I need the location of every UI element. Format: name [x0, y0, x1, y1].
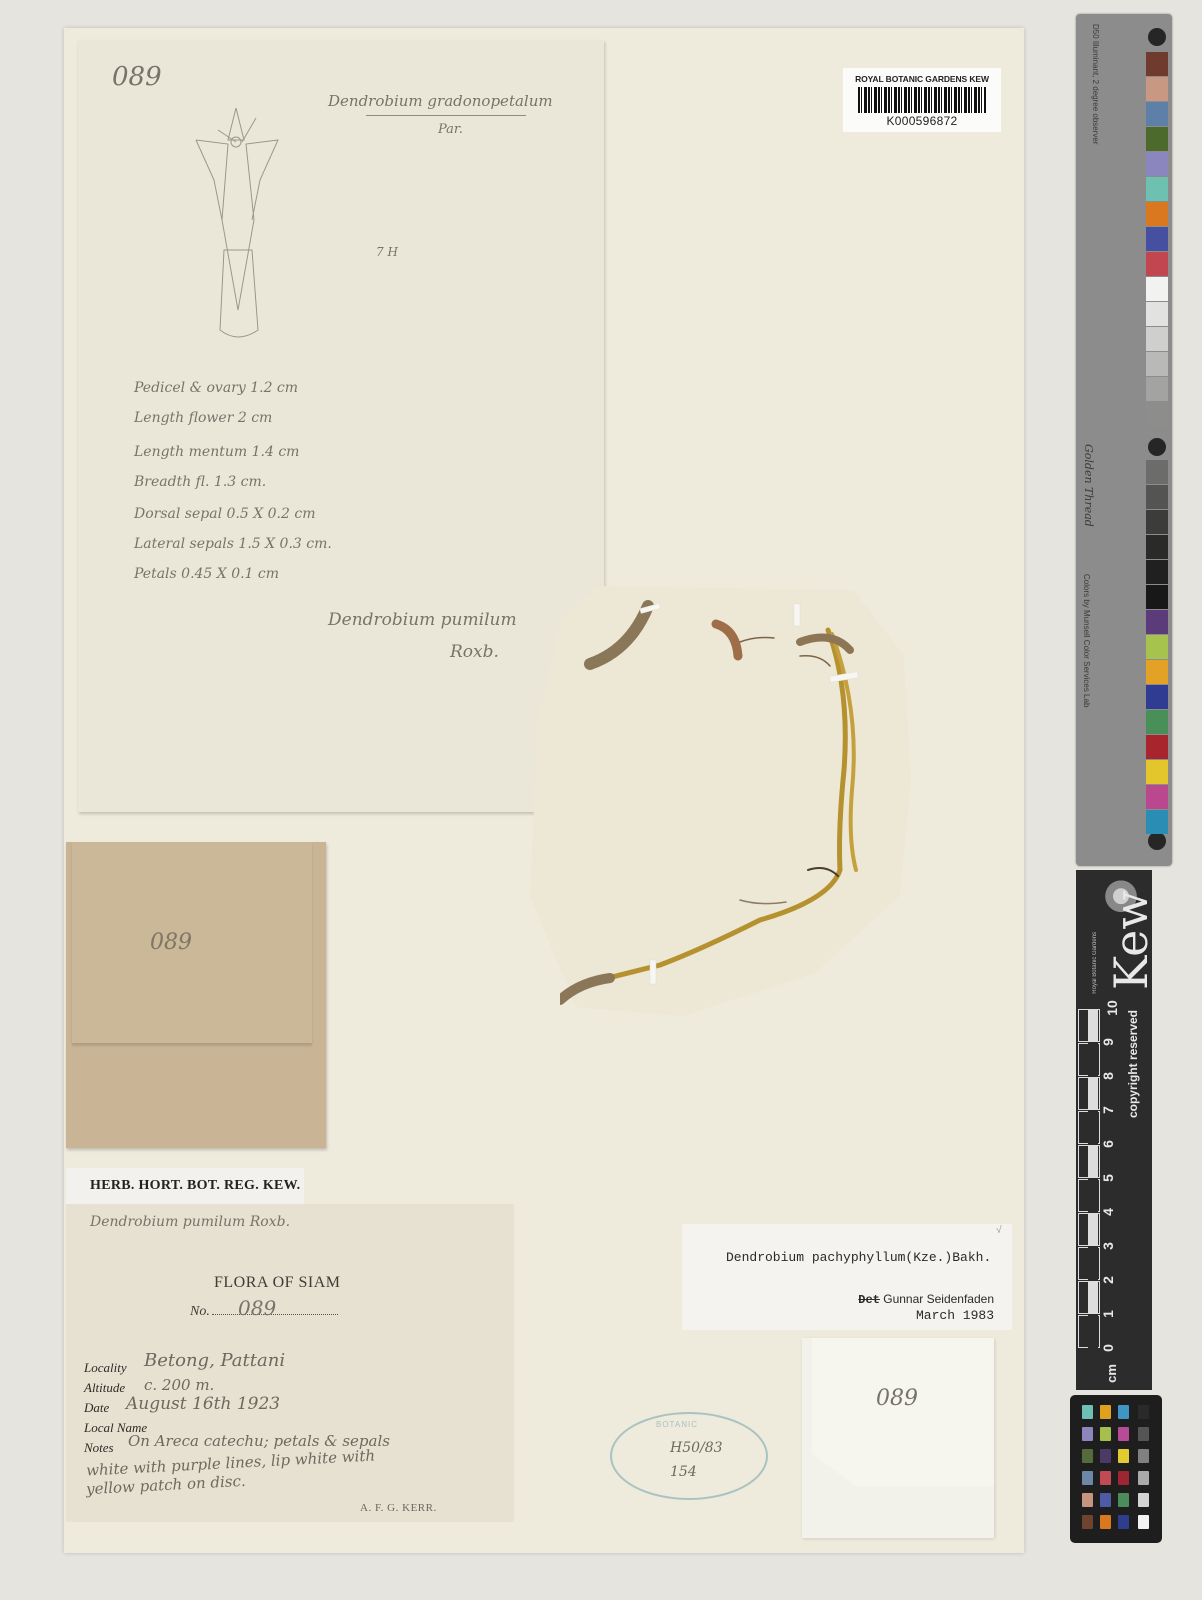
copyright-notice: copyright reserved: [1126, 1010, 1140, 1118]
color-swatch: [1146, 202, 1168, 226]
checker-patch: [1082, 1427, 1093, 1441]
color-swatch: [1146, 635, 1168, 659]
scale-segment-fill: [1088, 1281, 1098, 1314]
field-label-locality: Locality: [84, 1360, 127, 1376]
scale-segment-fill: [1088, 1145, 1098, 1178]
checker-patch: [1082, 1449, 1093, 1463]
bottom-determination-author: Roxb.: [450, 642, 499, 662]
color-swatch: [1146, 685, 1168, 709]
scale-tick-label: 10: [1104, 1000, 1120, 1016]
scale-note: 7 H: [376, 245, 398, 259]
determination-underline: [366, 115, 526, 116]
checker-grey-patch: [1138, 1405, 1149, 1419]
checker-patch: [1100, 1515, 1111, 1529]
field-label-altitude: Altitude: [84, 1380, 125, 1396]
color-swatch: [1146, 810, 1168, 834]
fragment-packet: 089: [802, 1338, 994, 1538]
color-swatch: [1146, 460, 1168, 484]
scale-unit: cm: [1104, 1364, 1119, 1383]
checker-grey-patch: [1138, 1493, 1149, 1507]
color-swatch: [1146, 610, 1168, 634]
field-value-altitude: c. 200 m.: [144, 1376, 214, 1394]
checker-patch: [1082, 1471, 1093, 1485]
checker-patch: [1118, 1493, 1129, 1507]
barcode: [858, 87, 986, 113]
color-swatch: [1146, 352, 1168, 376]
bottom-determination: Dendrobium pumilum: [328, 610, 517, 630]
measurement-line: Dorsal sepal 0.5 X 0.2 cm: [134, 506, 315, 522]
color-swatch: [1146, 402, 1168, 426]
color-swatch: [1146, 227, 1168, 251]
measurement-line: Petals 0.45 X 0.1 cm: [134, 566, 279, 582]
scale-segment-fill: [1088, 1315, 1098, 1348]
scale-segment-fill: [1088, 1179, 1098, 1212]
color-swatch: [1146, 52, 1168, 76]
envelope-flap: 089: [72, 842, 312, 1044]
color-swatch: [1146, 660, 1168, 684]
scale-tick-label: 0: [1100, 1344, 1116, 1352]
checker-patch: [1100, 1405, 1111, 1419]
checker-patch: [1100, 1427, 1111, 1441]
checker-patch: [1100, 1493, 1111, 1507]
checker-patch: [1100, 1449, 1111, 1463]
flower-sketch-icon: [178, 100, 298, 340]
check-mark-icon: √: [996, 1226, 1002, 1237]
determiner-name: Gunnar Seidenfaden: [883, 1292, 994, 1306]
color-swatch: [1146, 102, 1168, 126]
color-checker-card: [1070, 1395, 1162, 1543]
scale-segment-fill: [1088, 1009, 1098, 1042]
seed-envelope: 089: [66, 842, 326, 1148]
measurement-line: Length mentum 1.4 cm: [134, 444, 299, 460]
color-swatch: [1146, 252, 1168, 276]
packet-number: 089: [876, 1386, 918, 1411]
checker-patch: [1118, 1405, 1129, 1419]
color-swatch: [1146, 535, 1168, 559]
color-swatch: [1146, 735, 1168, 759]
scale-segment-fill: [1088, 1247, 1098, 1280]
scale-tick-label: 2: [1100, 1276, 1116, 1284]
color-swatch: [1146, 302, 1168, 326]
scale-segment-fill: [1088, 1111, 1098, 1144]
scale-segment-fill: [1088, 1043, 1098, 1076]
barcode-id: K000596872: [843, 114, 1001, 128]
color-swatch: [1146, 327, 1168, 351]
color-swatch: [1146, 177, 1168, 201]
determination-name: Dendrobium pachyphyllum(Kze.)Bakh.: [726, 1250, 991, 1265]
field-label-date: Date: [84, 1400, 109, 1416]
determination-date: March 1983: [916, 1308, 994, 1323]
notes-number: 089: [112, 62, 162, 92]
top-determination: Dendrobium gradonopetalum: [328, 92, 553, 110]
checker-patch: [1082, 1493, 1093, 1507]
stamp-number: H50/83: [670, 1440, 723, 1456]
color-swatch: [1146, 77, 1168, 101]
checker-patch: [1118, 1427, 1129, 1441]
chart-hole-icon: [1148, 28, 1166, 46]
checker-patch: [1118, 1471, 1129, 1485]
measurement-line: Length flower 2 cm: [134, 410, 272, 426]
flora-of-siam-label: Dendrobium pumilum Roxb. FLORA OF SIAM N…: [66, 1204, 514, 1522]
scale-tick-label: 4: [1100, 1208, 1116, 1216]
checker-patch: [1082, 1405, 1093, 1419]
checker-patch: [1118, 1449, 1129, 1463]
checker-grey-patch: [1138, 1471, 1149, 1485]
checker-grey-patch: [1138, 1427, 1149, 1441]
color-swatch: [1146, 785, 1168, 809]
label-number-prefix: No.: [190, 1304, 210, 1319]
color-calibration-chart: D50 Illuminant, 2 degree observer Golden…: [1076, 14, 1172, 866]
checker-grey-patch: [1138, 1449, 1149, 1463]
determiner: Det Gunnar Seidenfaden: [858, 1292, 994, 1307]
stamp-text: BOTANIC: [656, 1420, 698, 1429]
measurement-line: Pedicel & ovary 1.2 cm: [134, 380, 298, 396]
field-label-notes: Notes: [84, 1440, 114, 1456]
institution-name: ROYAL BOTANIC GARDENS KEW: [843, 74, 1001, 84]
measurement-line: Lateral sepals 1.5 X 0.3 cm.: [134, 536, 332, 552]
field-value-locality: Betong, Pattani: [144, 1350, 285, 1371]
det-struck: Det: [858, 1293, 880, 1307]
checker-patch: [1082, 1515, 1093, 1529]
label-number: No. 089: [190, 1304, 338, 1320]
field-value-date: August 16th 1923: [126, 1394, 280, 1414]
color-swatch: [1146, 377, 1168, 401]
scale-tick-label: 3: [1100, 1242, 1116, 1250]
color-swatch: [1146, 585, 1168, 609]
scale-tick-label: 6: [1100, 1140, 1116, 1148]
color-swatch: [1146, 277, 1168, 301]
chart-brand: Golden Thread: [1082, 444, 1095, 527]
label-title: FLORA OF SIAM: [214, 1274, 341, 1292]
scale-tick-label: 1: [1100, 1310, 1116, 1318]
scale-tick-label: 7: [1100, 1106, 1116, 1114]
herbarium-stamp: BOTANIC H50/83 154: [610, 1412, 768, 1500]
envelope-number: 089: [150, 930, 192, 955]
dried-orchid-specimen: [560, 570, 920, 1010]
chart-hole-icon: [1148, 832, 1166, 850]
label-determination: Dendrobium pumilum Roxb.: [90, 1214, 290, 1230]
scale-tick-label: 8: [1100, 1072, 1116, 1080]
scale-segment-fill: [1088, 1213, 1098, 1246]
color-swatch: [1146, 760, 1168, 784]
kew-logo: Kew: [1104, 890, 1158, 990]
scale-segment-fill: [1088, 1077, 1098, 1110]
notes-sheet: 089 Dendrobium gradonopetalum Par. 7 H P…: [78, 40, 604, 812]
color-swatch: [1146, 710, 1168, 734]
collector-name: A. F. G. KERR.: [360, 1502, 437, 1514]
determination-slip: √ Dendrobium pachyphyllum(Kze.)Bakh. Det…: [682, 1224, 1012, 1330]
scale-tick-label: 5: [1100, 1174, 1116, 1182]
color-swatch: [1146, 127, 1168, 151]
checker-patch: [1118, 1515, 1129, 1529]
chart-footer-text: Colors by Munsell Color Services Lab: [1082, 574, 1091, 707]
chart-header-text: D50 Illuminant, 2 degree observer: [1082, 24, 1100, 145]
measurement-line: Breadth fl. 1.3 cm.: [134, 474, 266, 490]
checker-grey-patch: [1138, 1515, 1149, 1529]
kew-scale-bar: Royal Botanic Gardens Kew copyright rese…: [1076, 870, 1152, 1390]
kew-sublogo: Royal Botanic Gardens: [1092, 932, 1098, 994]
top-determination-author: Par.: [438, 122, 463, 137]
barcode-label: ROYAL BOTANIC GARDENS KEW K000596872: [843, 68, 1001, 132]
label-number-value: 089: [238, 1296, 276, 1320]
checker-patch: [1100, 1471, 1111, 1485]
color-swatch: [1146, 510, 1168, 534]
chart-hole-icon: [1148, 438, 1166, 456]
color-swatch: [1146, 152, 1168, 176]
herbarium-label: HERB. HORT. BOT. REG. KEW.: [66, 1168, 304, 1204]
packet-flap: 089: [812, 1338, 994, 1486]
color-swatch: [1146, 560, 1168, 584]
scale-tick-label: 9: [1100, 1038, 1116, 1046]
color-swatch: [1146, 485, 1168, 509]
stamp-subnumber: 154: [670, 1464, 697, 1480]
